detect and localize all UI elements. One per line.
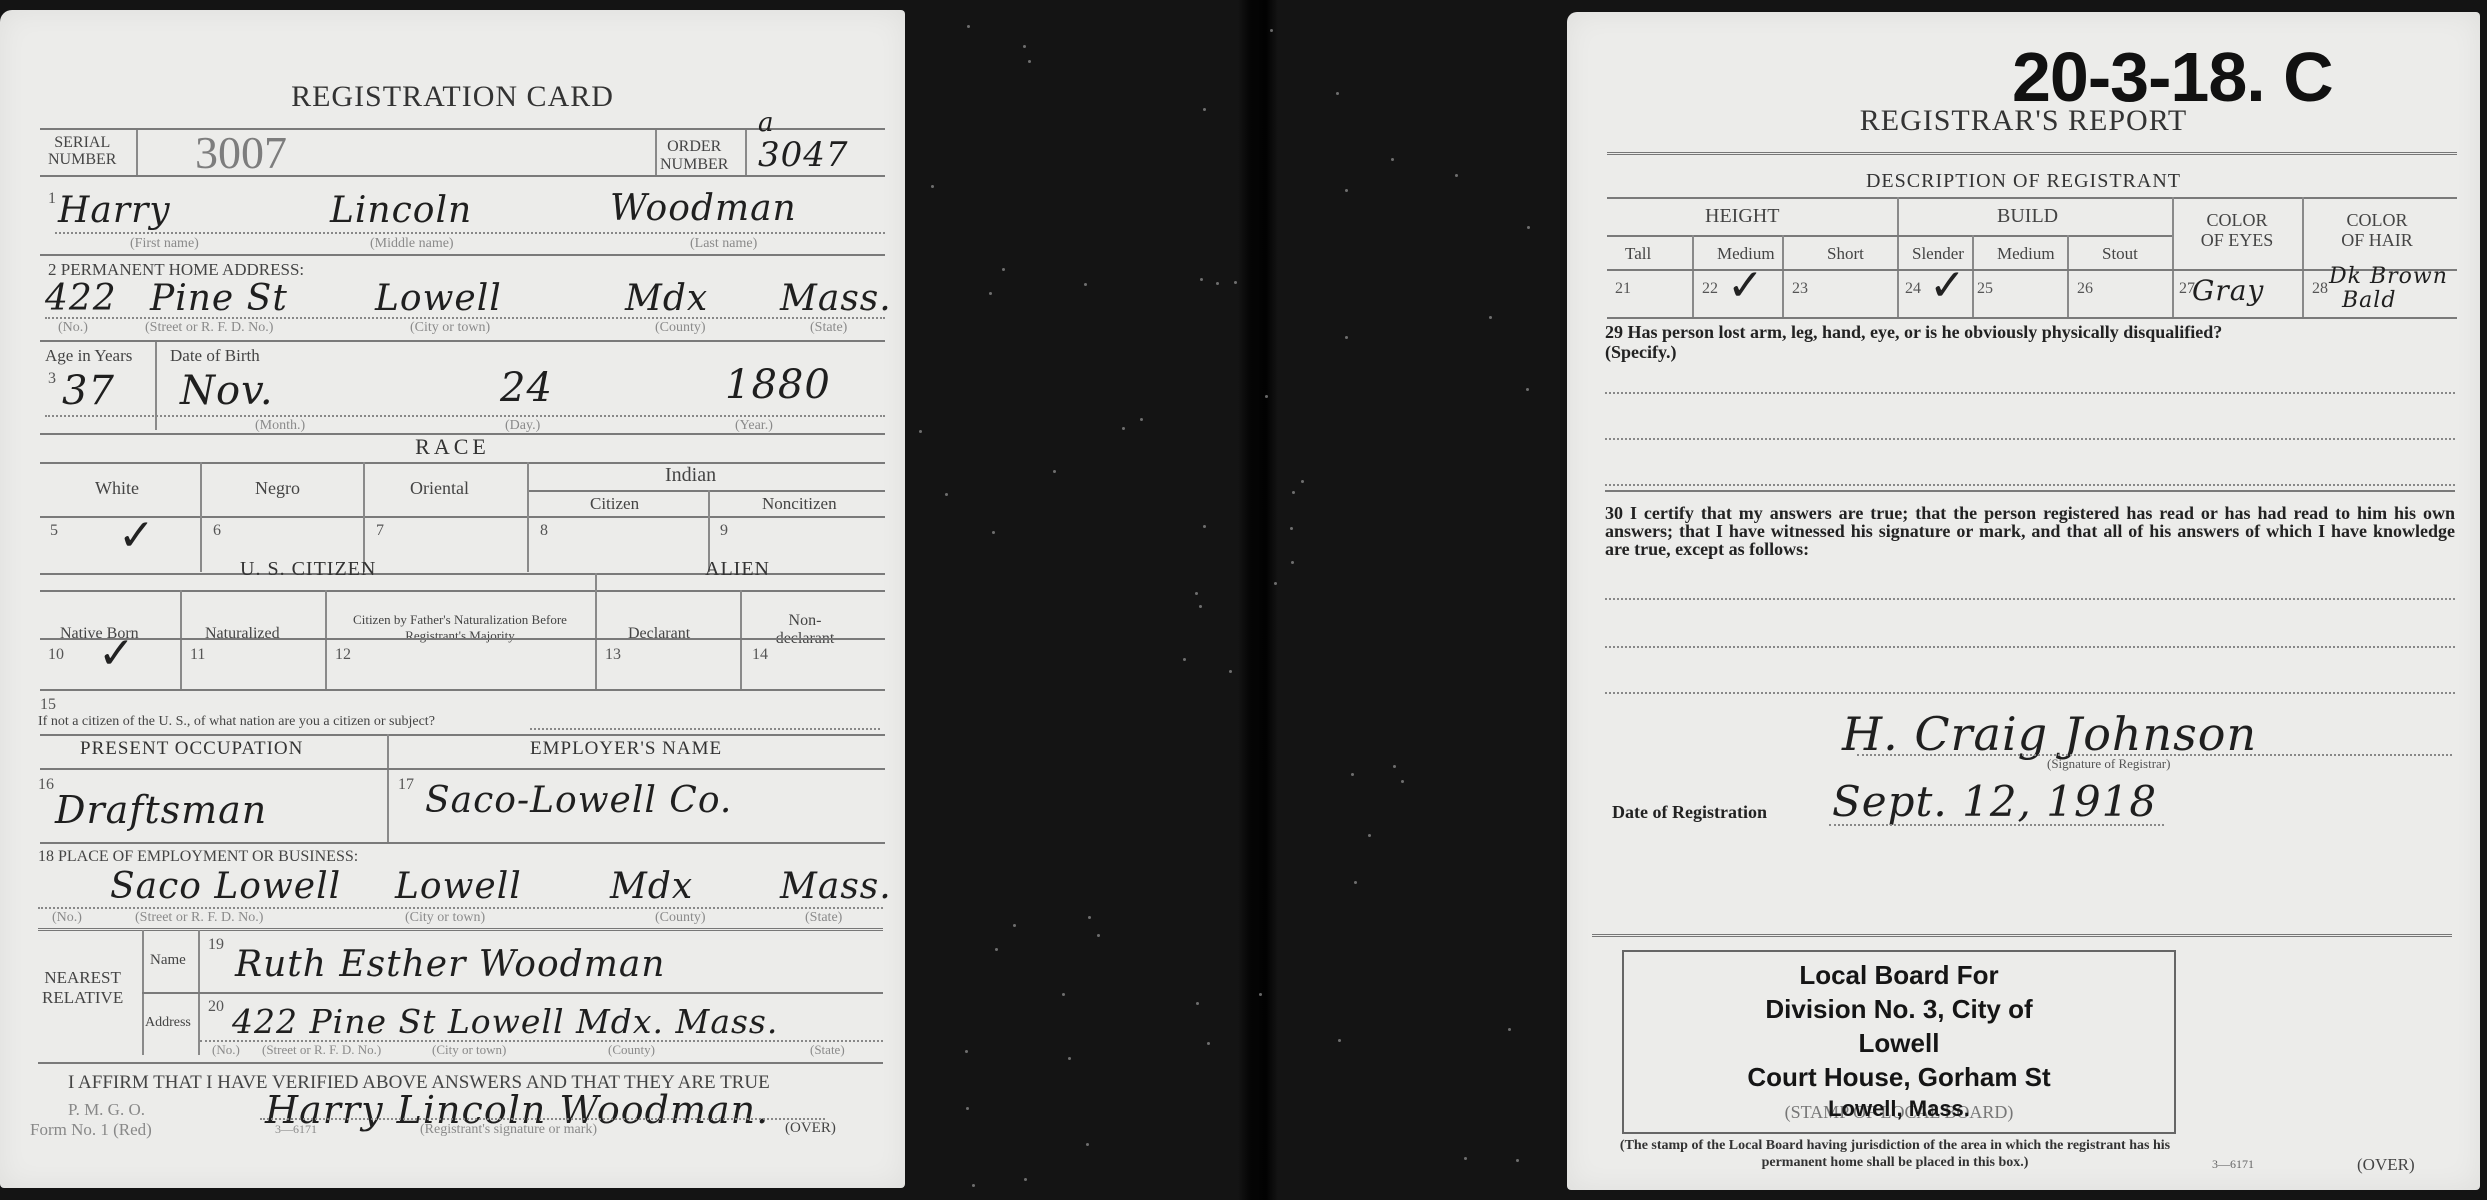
height-medium-check: ✓ — [1727, 260, 1764, 311]
eye-color: Gray — [2192, 274, 2264, 307]
description-title: DESCRIPTION OF REGISTRANT — [1567, 170, 2480, 193]
serial-number: 3007 — [195, 126, 287, 179]
middle-name: Lincoln — [330, 190, 472, 231]
order-prefix: a — [758, 108, 775, 138]
dob-year: 1880 — [725, 362, 831, 408]
hair-label: COLOROF HAIR — [2302, 210, 2452, 250]
registrar-signature: H. Craig Johnson — [1842, 707, 2257, 761]
address-city: Lowell — [375, 278, 502, 319]
report-title: REGISTRAR'S REPORT — [1567, 104, 2480, 138]
place-county: Mdx — [610, 866, 693, 907]
address-state: Mass. — [780, 278, 892, 319]
occupation: Draftsman — [55, 788, 267, 832]
place-street: Saco Lowell — [110, 866, 341, 907]
address-street: Pine St — [150, 278, 288, 319]
serial-label: SERIALNUMBER — [48, 134, 116, 168]
last-name: Woodman — [610, 188, 797, 229]
nearest-relative-label: NEARESTRELATIVE — [42, 968, 123, 1008]
registrars-report-card: 20-3-18. C REGISTRAR'S REPORT DESCRIPTIO… — [1567, 12, 2480, 1190]
order-label: ORDERNUMBER — [660, 138, 728, 174]
relative-address: 422 Pine St Lowell Mdx. Mass. — [232, 1002, 778, 1041]
employer: Saco-Lowell Co. — [425, 780, 732, 821]
stamp-note: (The stamp of the Local Board having jur… — [1615, 1137, 2175, 1171]
first-name: Harry — [58, 190, 171, 231]
registration-card: REGISTRATION CARD SERIALNUMBER 3007 ORDE… — [0, 10, 905, 1188]
place-city: Lowell — [395, 866, 522, 907]
dob-day: 24 — [500, 365, 553, 411]
address-no: 422 — [45, 278, 117, 319]
relative-name: Ruth Esther Woodman — [235, 944, 666, 985]
race-white-check: ✓ — [118, 510, 155, 561]
dob-month: Nov. — [180, 368, 274, 414]
build-slender-check: ✓ — [1929, 260, 1966, 311]
race-title: RACE — [0, 434, 905, 460]
local-board-stamp-box: Local Board For Division No. 3, City of … — [1622, 950, 2176, 1134]
address-county: Mdx — [625, 278, 708, 319]
eyes-label: COLOROF EYES — [2172, 210, 2302, 250]
age: 37 — [62, 368, 115, 414]
q30-certification: 30 I certify that my answers are true; t… — [1605, 504, 2455, 558]
order-number: 3047 — [758, 135, 849, 175]
hair-color-2: Bald — [2342, 288, 2396, 313]
hair-color-1: Dk Brown — [2329, 264, 2448, 289]
film-gutter — [1238, 0, 1278, 1200]
registration-date: Sept. 12, 1918 — [1832, 777, 2157, 826]
native-born-check: ✓ — [98, 628, 135, 679]
place-state: Mass. — [780, 866, 892, 907]
